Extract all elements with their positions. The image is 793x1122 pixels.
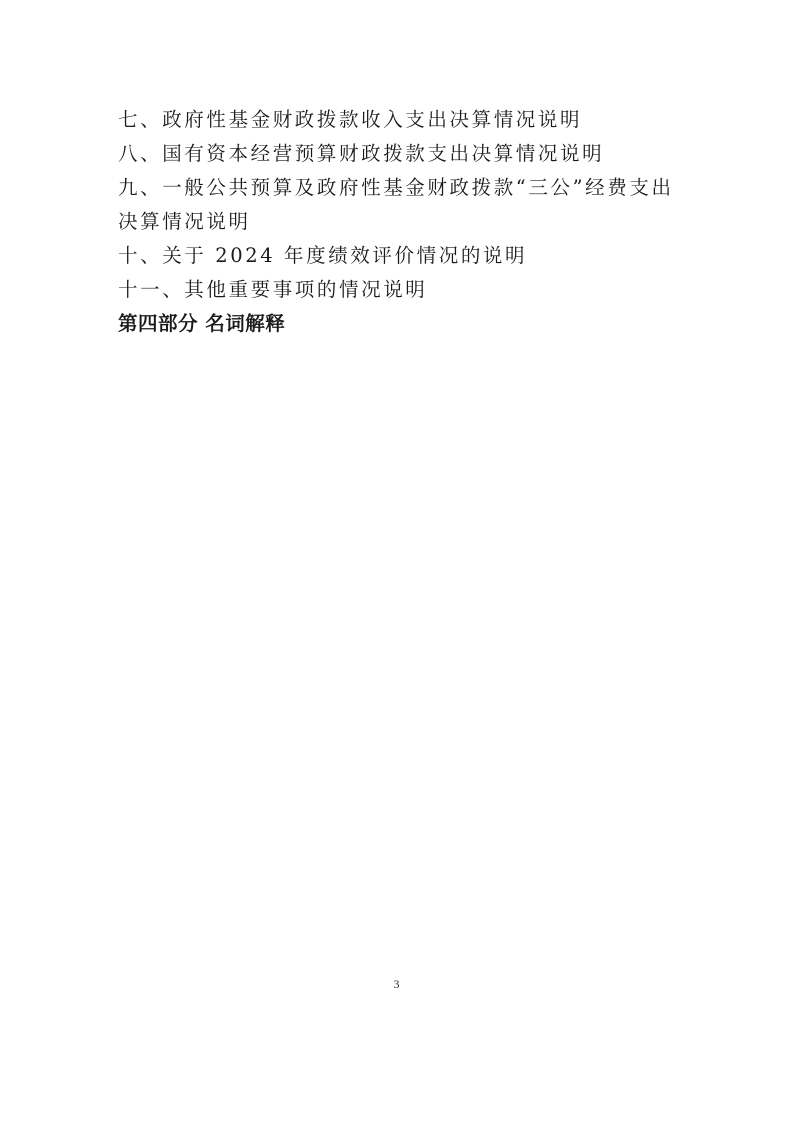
section-heading-part-4: 第四部分 名词解释 — [118, 307, 678, 341]
toc-item-7: 七、政府性基金财政拨款收入支出决算情况说明 — [118, 103, 678, 137]
table-of-contents: 七、政府性基金财政拨款收入支出决算情况说明 八、国有资本经营预算财政拨款支出决算… — [118, 103, 678, 341]
toc-item-9: 九、一般公共预算及政府性基金财政拨款“三公”经费支出 — [118, 171, 678, 205]
toc-item-9-continued: 决算情况说明 — [118, 205, 678, 239]
toc-item-8: 八、国有资本经营预算财政拨款支出决算情况说明 — [118, 137, 678, 171]
toc-item-10: 十、关于 2024 年度绩效评价情况的说明 — [118, 239, 678, 273]
page-number: 3 — [0, 977, 793, 992]
toc-item-11: 十一、其他重要事项的情况说明 — [118, 273, 678, 307]
